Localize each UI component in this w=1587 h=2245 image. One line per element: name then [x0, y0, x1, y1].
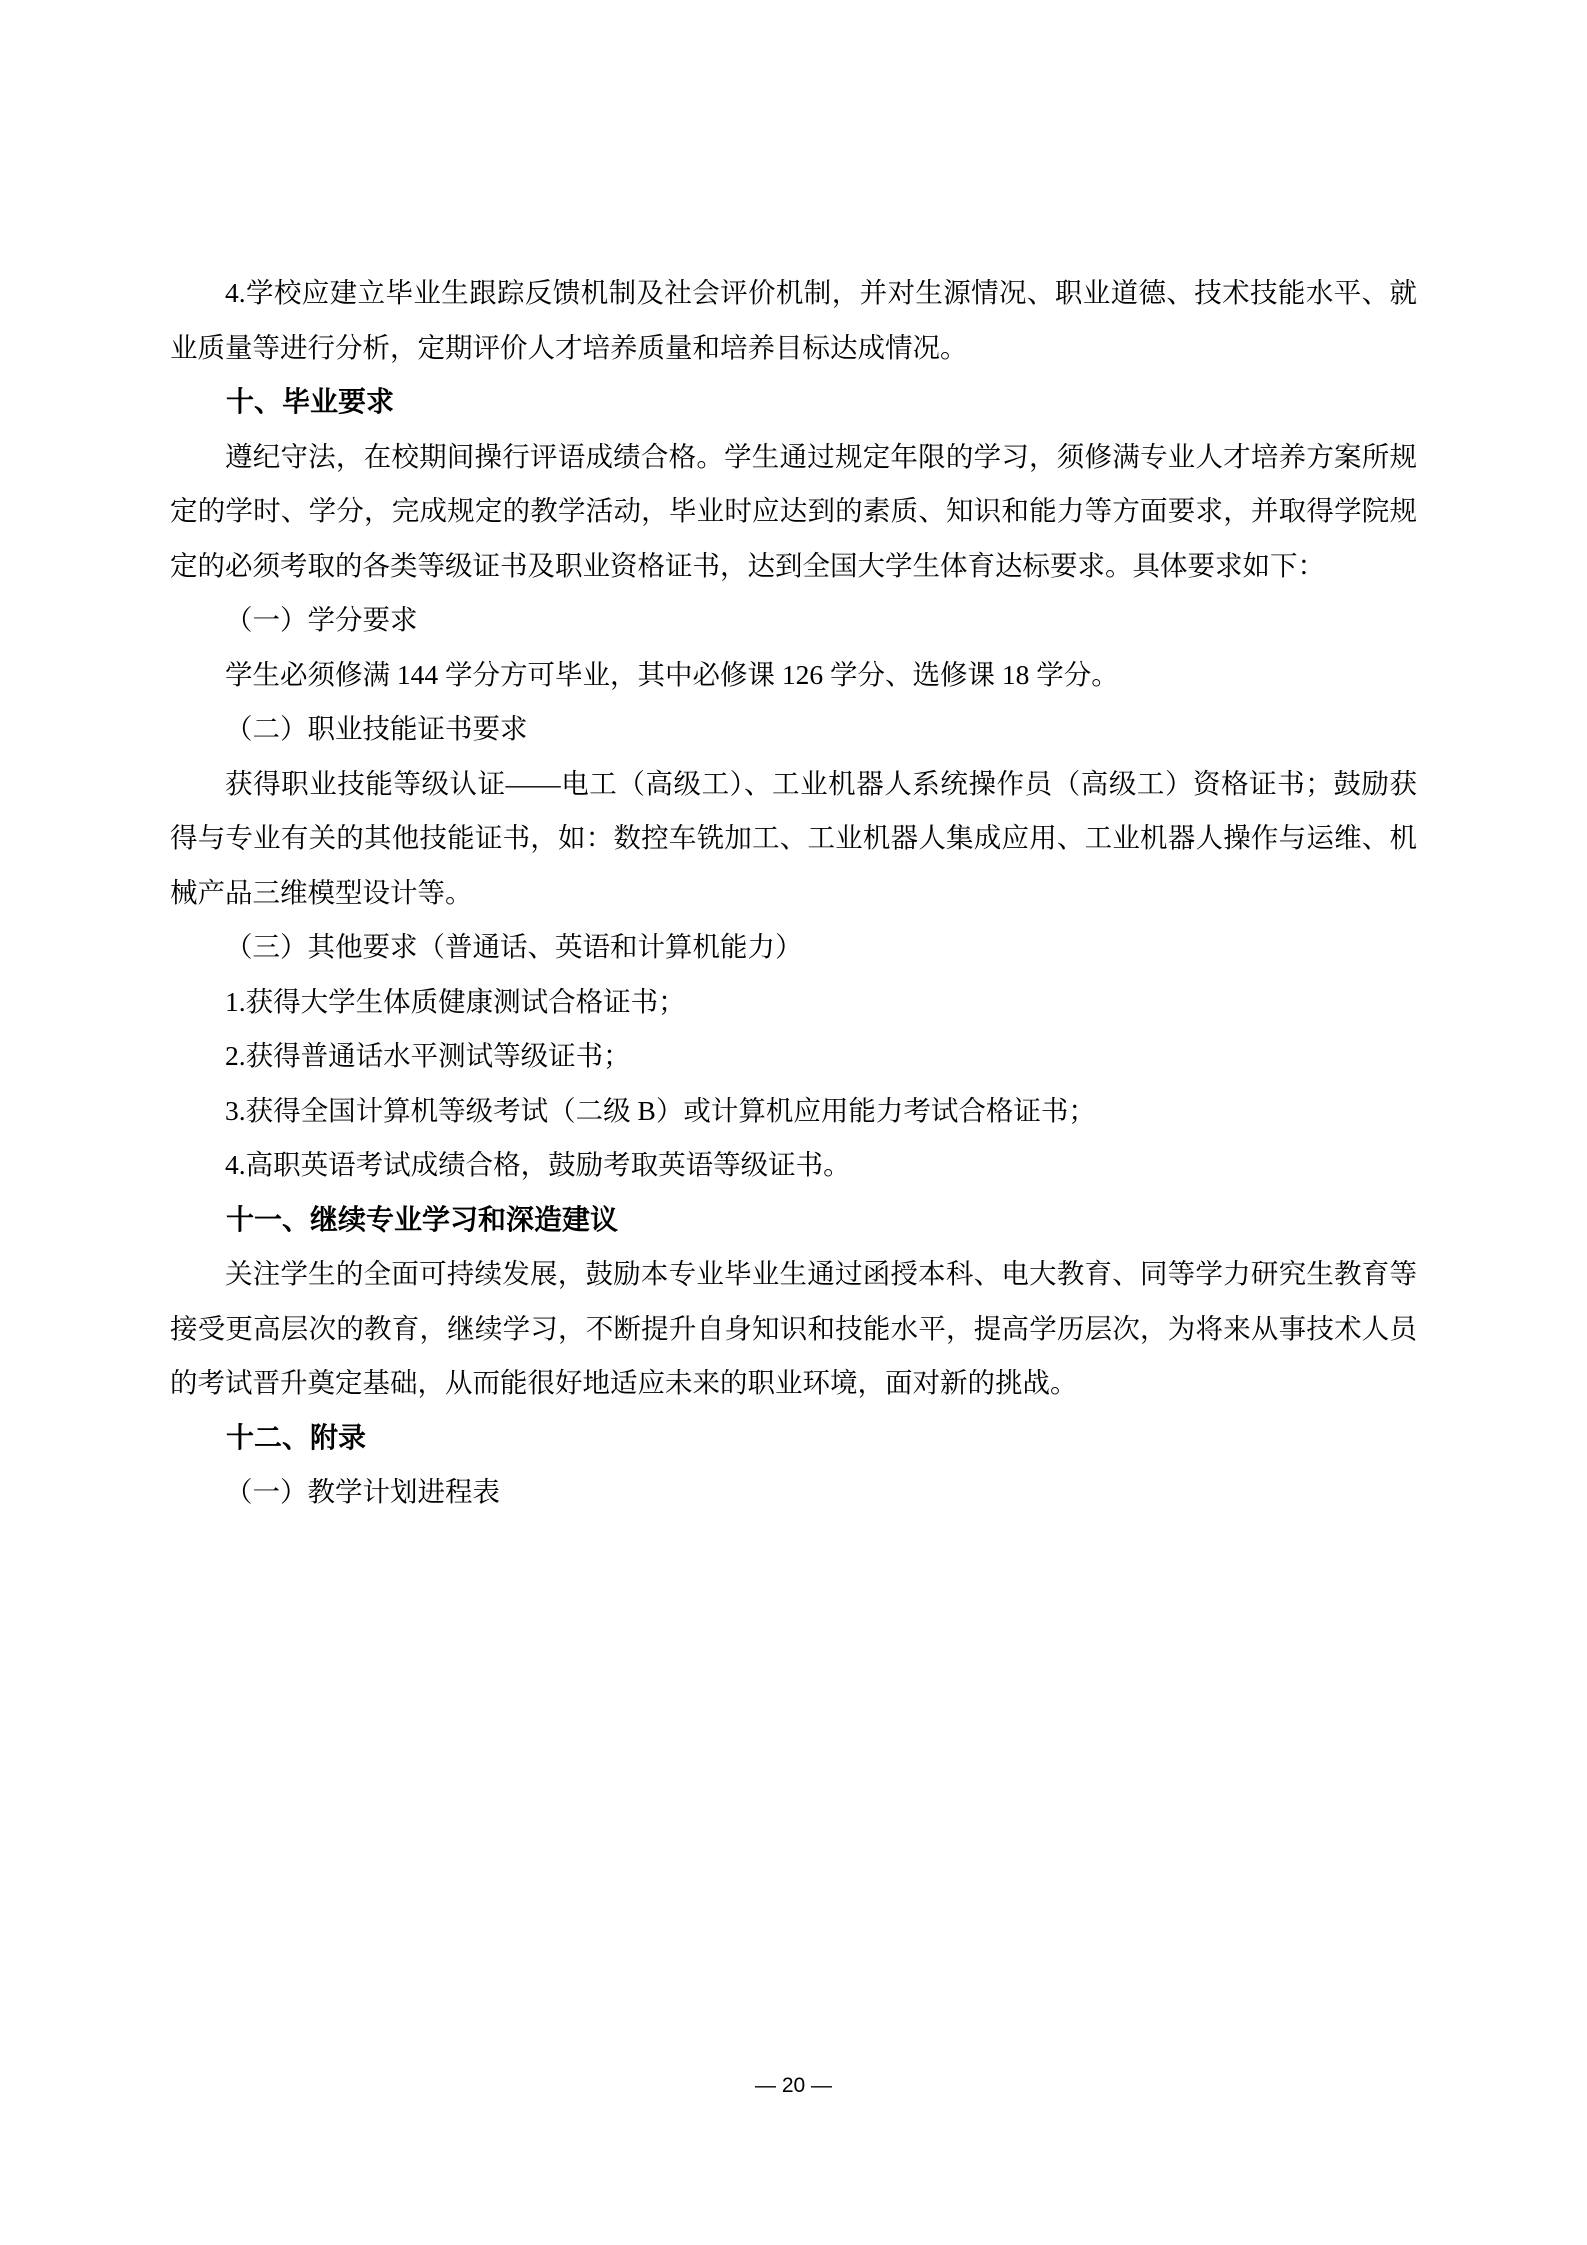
paragraph: （一）教学计划进程表: [170, 1465, 1417, 1520]
section-heading: 十一、继续专业学习和深造建议: [170, 1193, 1417, 1248]
paragraph: 关注学生的全面可持续发展，鼓励本专业毕业生通过函授本科、电大教育、同等学力研究生…: [170, 1247, 1417, 1411]
section-heading: 十、毕业要求: [170, 375, 1417, 430]
page-footer: — 20 —: [0, 2074, 1587, 2098]
paragraph: 2.获得普通话水平测试等级证书；: [170, 1029, 1417, 1084]
paragraph: 学生必须修满 144 学分方可毕业，其中必修课 126 学分、选修课 18 学分…: [170, 648, 1417, 703]
paragraph: 遵纪守法，在校期间操行评语成绩合格。学生通过规定年限的学习，须修满专业人才培养方…: [170, 430, 1417, 594]
paragraph: （一）学分要求: [170, 593, 1417, 648]
document-page: 4.学校应建立毕业生跟踪反馈机制及社会评价机制，并对生源情况、职业道德、技术技能…: [0, 0, 1587, 2245]
paragraph: 4.高职英语考试成绩合格，鼓励考取英语等级证书。: [170, 1138, 1417, 1193]
paragraph: 1.获得大学生体质健康测试合格证书；: [170, 975, 1417, 1030]
paragraph: 4.学校应建立毕业生跟踪反馈机制及社会评价机制，并对生源情况、职业道德、技术技能…: [170, 266, 1417, 375]
document-body: 4.学校应建立毕业生跟踪反馈机制及社会评价机制，并对生源情况、职业道德、技术技能…: [170, 266, 1417, 1520]
paragraph: 获得职业技能等级认证——电工（高级工）、工业机器人系统操作员（高级工）资格证书；…: [170, 757, 1417, 921]
page-number: — 20 —: [755, 2074, 832, 2097]
section-heading: 十二、附录: [170, 1411, 1417, 1466]
paragraph: 3.获得全国计算机等级考试（二级 B）或计算机应用能力考试合格证书；: [170, 1084, 1417, 1139]
paragraph: （二）职业技能证书要求: [170, 702, 1417, 757]
paragraph: （三）其他要求（普通话、英语和计算机能力）: [170, 920, 1417, 975]
